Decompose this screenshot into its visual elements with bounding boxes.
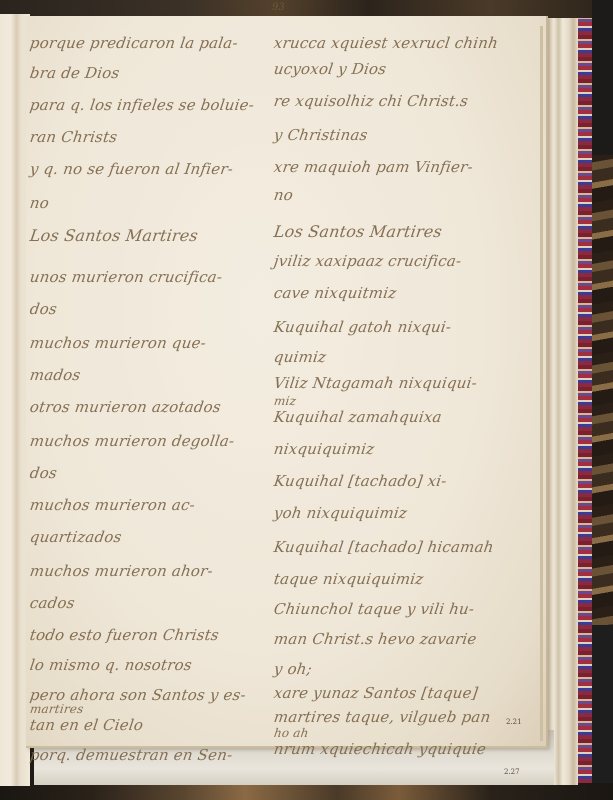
manuscript-line: porq. demuestran en Sen- <box>29 746 234 764</box>
manuscript-line: taque nixquiquimiz <box>273 570 425 588</box>
manuscript-line: Kuquihal gatoh nixqui- <box>273 318 453 336</box>
manuscript-line: man Christ.s hevo zavarie <box>273 630 478 648</box>
manuscript-line: muchos murieron ahor- <box>29 562 214 580</box>
under-sheet-stamp: 2.27 <box>504 768 520 776</box>
manuscript-line: quartizados <box>29 528 123 546</box>
manuscript-line: quimiz <box>273 348 328 366</box>
manuscript-line: no <box>29 194 51 212</box>
page-fold-line <box>540 26 543 741</box>
manuscript-line: porque predicaron la pala- <box>29 34 239 52</box>
manuscript-line: nrum xquiechicah yquiquie <box>273 740 488 758</box>
manuscript-line: yoh nixquiquimiz <box>273 504 409 522</box>
manuscript-line-struck: Kuquihal [tachado] hicamah <box>273 538 495 556</box>
manuscript-line: unos murieron crucifica- <box>29 268 224 286</box>
manuscript-insertion: martires <box>29 702 84 716</box>
manuscript-line: muchos murieron degolla- <box>29 432 236 450</box>
manuscript-line: mados <box>29 366 82 384</box>
manuscript-line: Chiunchol taque y vili hu- <box>273 600 476 618</box>
book-cover-corner-bottom <box>592 625 613 800</box>
manuscript-line: cave nixquitmiz <box>273 284 398 302</box>
manuscript-line: dos <box>29 300 58 318</box>
manuscript-line: ucyoxol y Dios <box>273 60 388 78</box>
manuscript-heading: Los Santos Martires <box>273 222 444 241</box>
manuscript-line: martires taque, vilgueb pan <box>273 708 492 726</box>
manuscript-line: nixquiquimiz <box>273 440 376 458</box>
manuscript-line: bra de Dios <box>29 64 121 82</box>
manuscript-line: cados <box>29 594 76 612</box>
manuscript-line: dos <box>29 464 58 482</box>
manuscript-line: Viliz Ntagamah nixquiqui- <box>273 374 479 392</box>
book-cover-corner <box>592 0 613 155</box>
manuscript-line: jviliz xaxipaaz crucifica- <box>273 252 463 270</box>
manuscript-line: todo esto fueron Christs <box>29 626 220 644</box>
manuscript-heading: Los Santos Martires <box>29 226 200 245</box>
manuscript-line: Kuquihal zamahquixa <box>273 408 443 426</box>
folio-number: 93 <box>272 2 285 13</box>
manuscript-line: no <box>273 186 295 204</box>
manuscript-line-struck: Kuquihal [tachado] xi- <box>273 472 448 490</box>
manuscript-line: ran Christs <box>29 128 119 146</box>
manuscript-line: xre maquioh pam Vinfier- <box>273 158 474 176</box>
manuscript-line: y q. no se fueron al Infier- <box>29 160 235 178</box>
marbled-page-edge <box>578 18 592 783</box>
manuscript-line: para q. los infieles se boluie- <box>29 96 256 114</box>
manuscript-line: y Christinas <box>273 126 369 144</box>
manuscript-insertion: ho ah <box>273 726 310 740</box>
manuscript-line: xrucca xquiest xexrucl chinh <box>273 34 500 52</box>
manuscript-line: tan en el Cielo <box>29 716 145 734</box>
manuscript-page: 93 2.21 porque predicaron la pala- bra d… <box>26 16 548 748</box>
manuscript-line: re xquisolhiz chi Christ.s <box>273 92 470 110</box>
manuscript-line-struck: xare yunaz Santos [taque] <box>273 684 479 702</box>
manuscript-line: muchos murieron ac- <box>29 496 197 514</box>
manuscript-line: otros murieron azotados <box>29 398 222 416</box>
page-stack-edge <box>548 18 578 785</box>
manuscript-line: muchos murieron que- <box>29 334 208 352</box>
manuscript-line: lo mismo q. nosotros <box>29 656 193 674</box>
book-cover-bottom-edge <box>0 783 613 800</box>
manuscript-line: y oh; <box>273 660 314 678</box>
page-stamp: 2.21 <box>506 718 522 726</box>
manuscript-line: miz <box>273 394 297 408</box>
